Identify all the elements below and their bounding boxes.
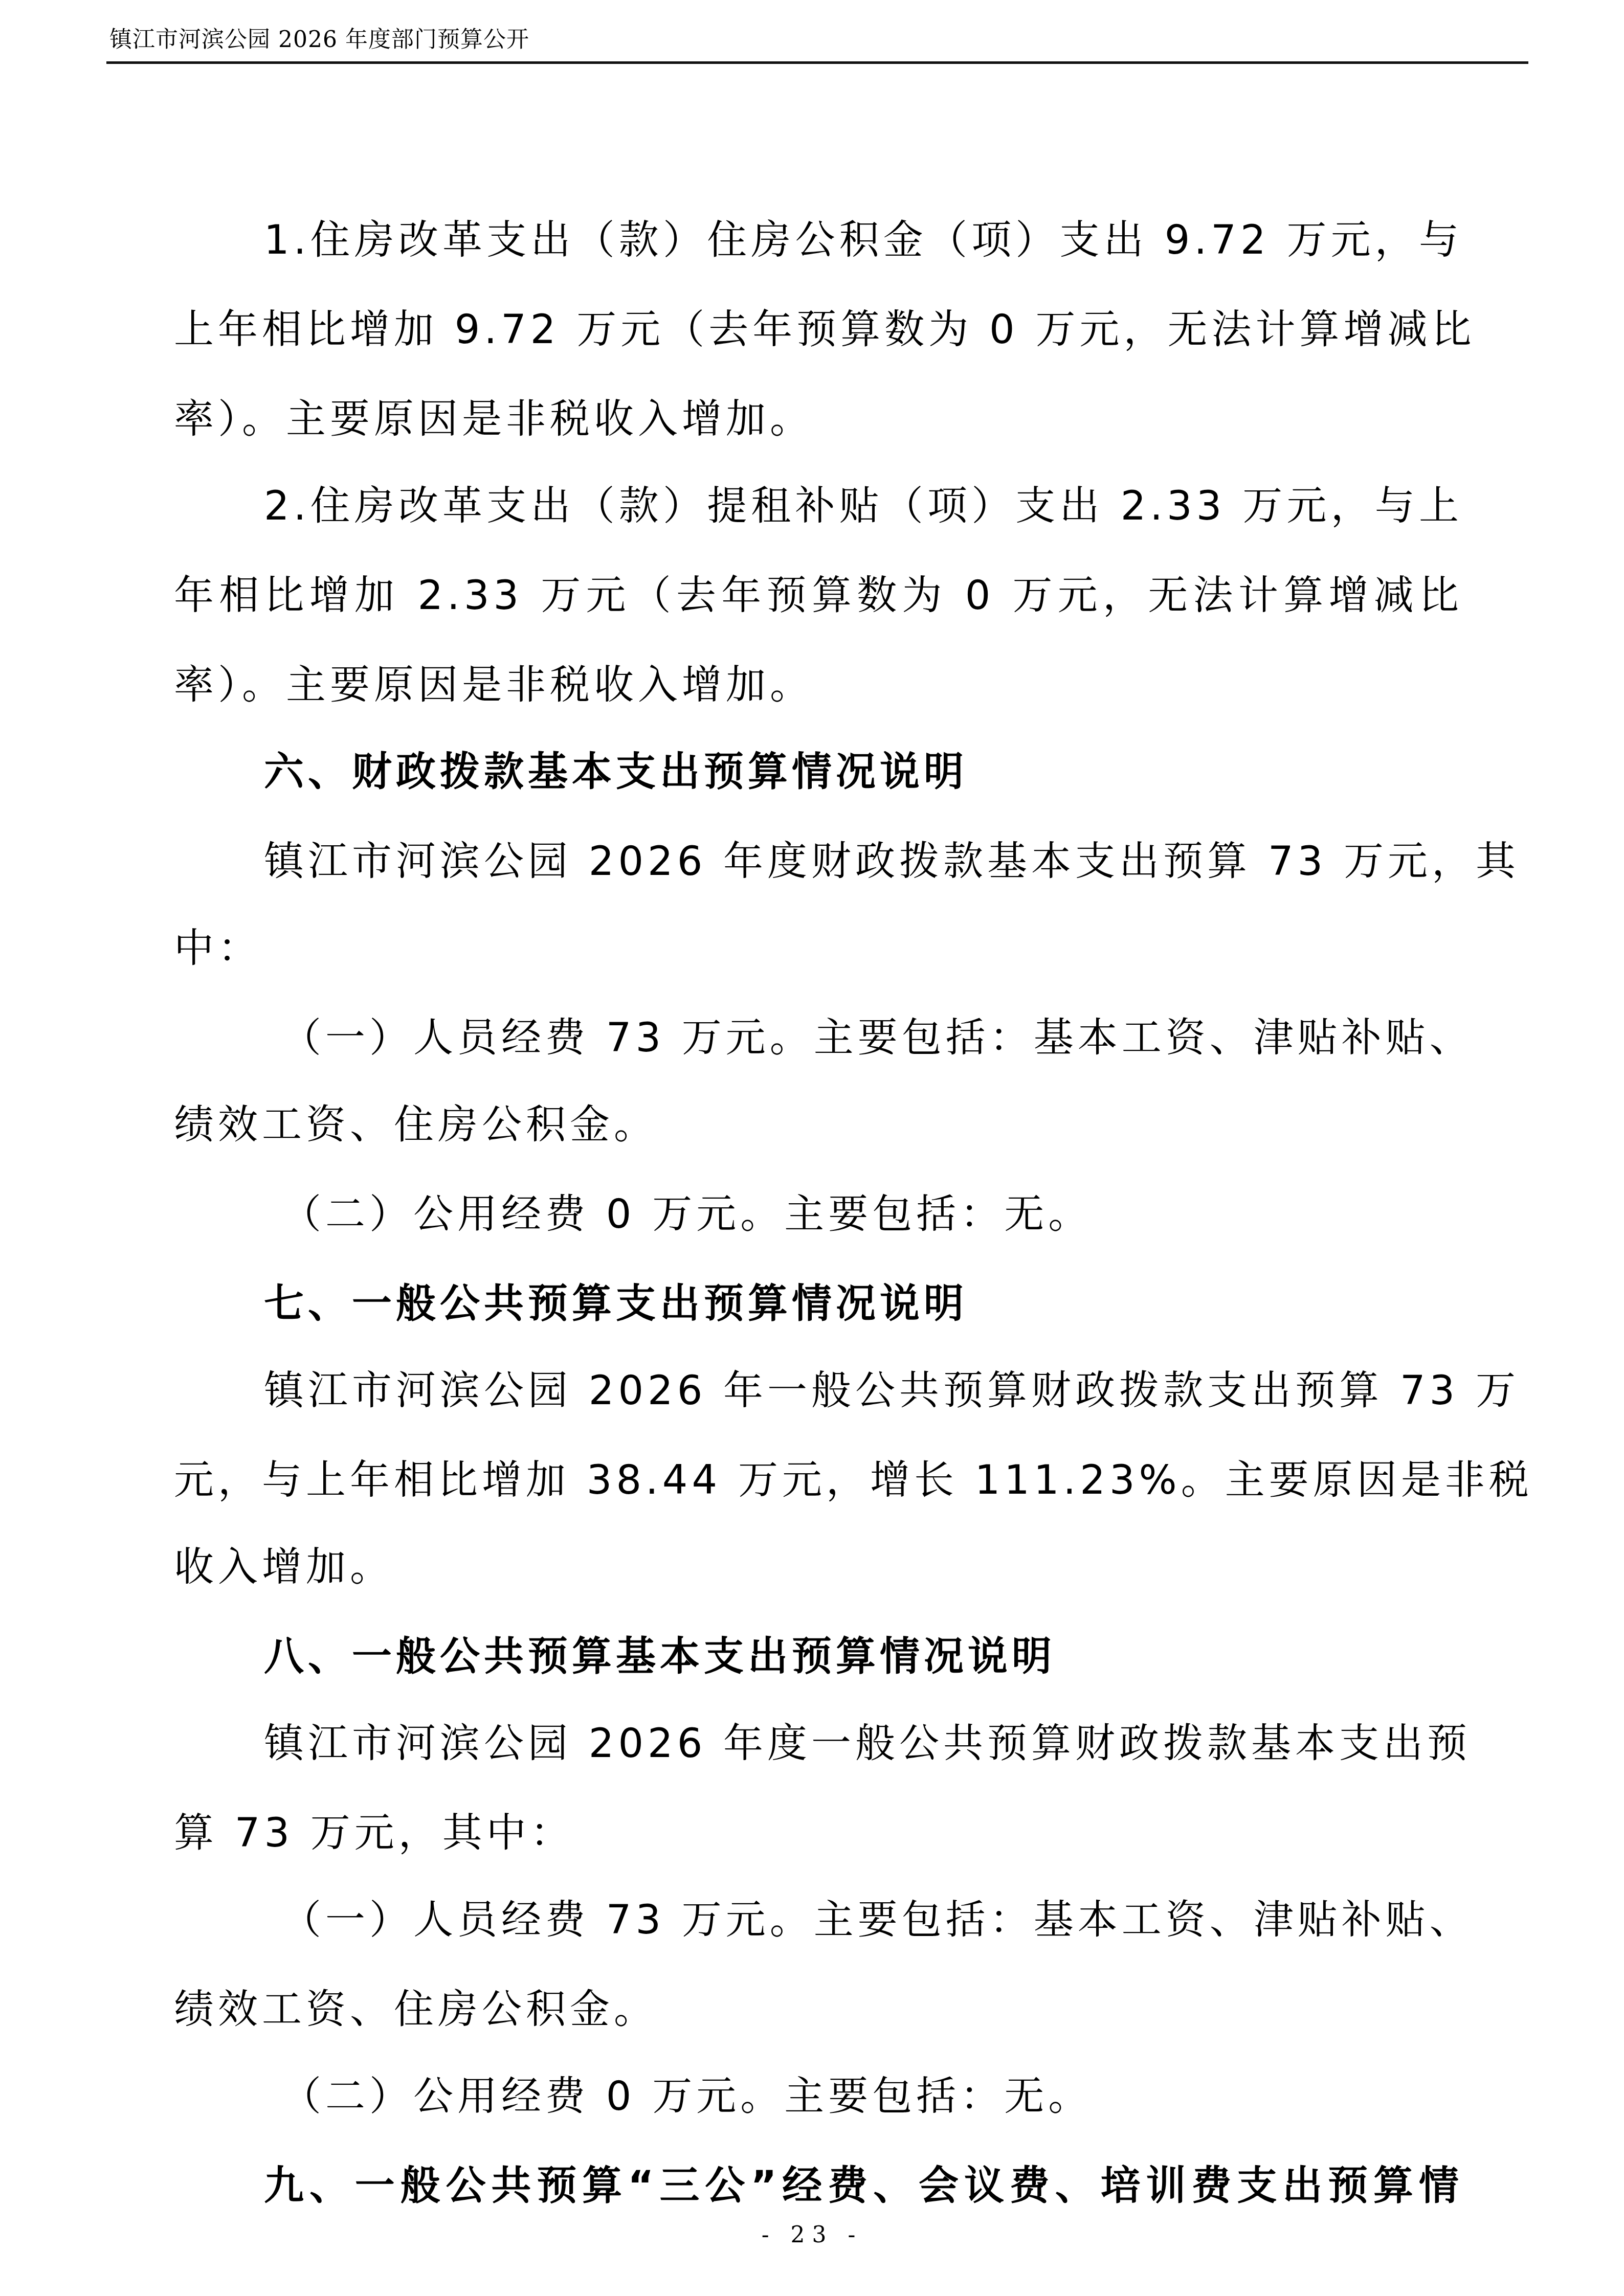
paragraph-line: 镇江市河滨公园 2026 年一般公共预算财政拨款支出预算 73 万: [264, 1365, 1463, 1416]
paragraph-line: 中：: [174, 923, 1463, 974]
paragraph-line: 算 73 万元，其中：: [174, 1808, 1463, 1859]
paragraph-line: 镇江市河滨公园 2026 年度财政拨款基本支出预算 73 万元，其: [264, 836, 1463, 887]
header-title: 镇江市河滨公园 2026 年度部门预算公开: [109, 27, 529, 53]
paragraph-line: 收入增加。: [174, 1542, 1463, 1593]
paragraph-line: 2.住房改革支出（款）提租补贴（项）支出 2.33 万元，与上: [264, 481, 1463, 532]
paragraph-line: 1.住房改革支出（款）住房公积金（项）支出 9.72 万元，与: [264, 215, 1463, 266]
paragraph-line: 绩效工资、住房公积金。: [174, 1099, 1463, 1151]
section-heading-8: 八、一般公共预算基本支出预算情况说明: [264, 1631, 1463, 1682]
paragraph-line: （二）公用经费 0 万元。主要包括：无。: [281, 1189, 1463, 1240]
paragraph-line: （一）人员经费 73 万元。主要包括：基本工资、津贴补贴、: [281, 1895, 1463, 1946]
paragraph-line: 上年相比增加 9.72 万元（去年预算数为 0 万元，无法计算增减比: [174, 304, 1463, 355]
page-number: - 23 -: [0, 2222, 1624, 2248]
paragraph-line: 镇江市河滨公园 2026 年度一般公共预算财政拨款基本支出预: [264, 1718, 1463, 1769]
paragraph-line: 绩效工资、住房公积金。: [174, 1984, 1463, 2035]
paragraph-line: 年相比增加 2.33 万元（去年预算数为 0 万元，无法计算增减比: [174, 570, 1463, 621]
section-heading-7: 七、一般公共预算支出预算情况说明: [264, 1278, 1463, 1330]
paragraph-line: 率）。主要原因是非税收入增加。: [174, 660, 1463, 711]
paragraph-line: 率）。主要原因是非税收入增加。: [174, 394, 1463, 445]
header-divider: [106, 61, 1528, 64]
paragraph-line: 元，与上年相比增加 38.44 万元，增长 111.23%。主要原因是非税: [174, 1455, 1463, 1506]
section-heading-6: 六、财政拨款基本支出预算情况说明: [264, 747, 1463, 798]
paragraph-line: （一）人员经费 73 万元。主要包括：基本工资、津贴补贴、: [281, 1012, 1463, 1064]
section-heading-9: 九、一般公共预算“三公”经费、会议费、培训费支出预算情: [264, 2160, 1463, 2212]
paragraph-line: （二）公用经费 0 万元。主要包括：无。: [281, 2071, 1463, 2122]
